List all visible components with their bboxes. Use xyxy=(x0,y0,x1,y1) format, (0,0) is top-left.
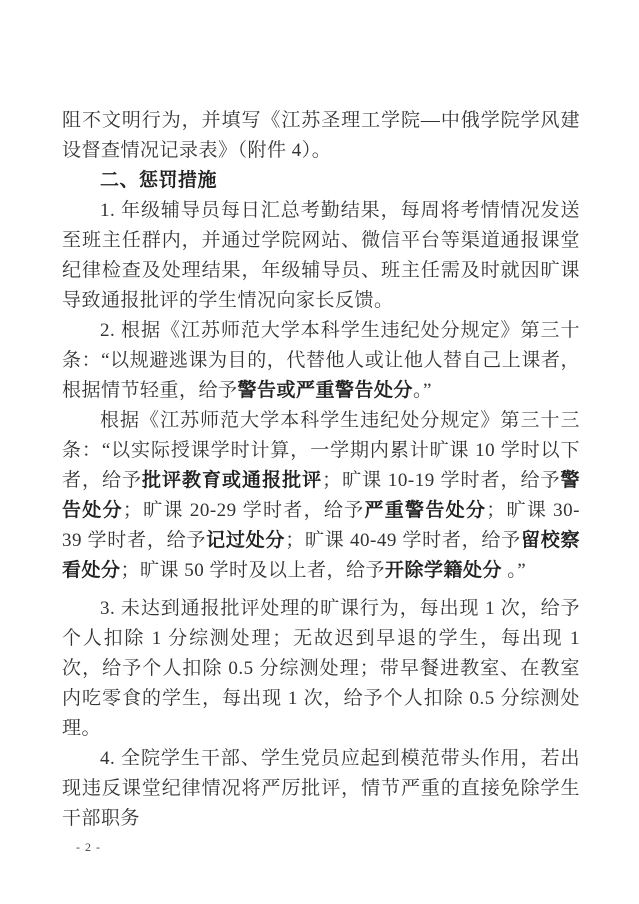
body-text: 。” xyxy=(502,560,526,581)
emphasis-text: 警告或严重警告处分 xyxy=(238,380,414,401)
body-text: ；旷课 50 学时及以上者，给予 xyxy=(121,560,386,581)
paragraph: 阻不文明行为，并填写《江苏圣理工学院—中俄学院学风建设督查情况记录表》（附件 4… xyxy=(62,106,580,166)
body-text: ；旷课 40-49 学时者，给予 xyxy=(285,530,521,551)
paragraph: 4. 全院学生干部、学生党员应起到模范带头作用，若出现违反课堂纪律情况将严厉批评… xyxy=(62,744,580,834)
document-body: 阻不文明行为，并填写《江苏圣理工学院—中俄学院学风建设督查情况记录表》（附件 4… xyxy=(62,106,580,834)
emphasis-text: 严重警告处分 xyxy=(364,500,486,521)
page-number: - 2 - xyxy=(76,840,101,855)
body-text: ；旷课 10-19 学时者，给予 xyxy=(322,470,560,491)
section-heading: 二、惩罚措施 xyxy=(62,166,580,196)
paragraph: 3. 未达到通报批评处理的旷课行为，每出现 1 次，给予个人扣除 1 分综测处理… xyxy=(62,594,580,744)
emphasis-text: 批评教育或通报批评 xyxy=(142,470,322,491)
body-text: 3. 未达到通报批评处理的旷课行为，每出现 1 次，给予个人扣除 1 分综测处理… xyxy=(62,598,580,739)
emphasis-text: 开除学籍处分 xyxy=(385,560,502,581)
body-text: ；旷课 20-29 学时者，给予 xyxy=(123,500,365,521)
paragraph: 2. 根据《江苏师范大学本科学生违纪处分规定》第三十条：“以规避逃课为目的，代替… xyxy=(62,316,580,406)
emphasis-text: 二、惩罚措施 xyxy=(100,170,217,191)
body-text: 。” xyxy=(413,380,432,401)
paragraph: 1. 年级辅导员每日汇总考勤结果，每周将考情情况发送至班主任群内，并通过学院网站… xyxy=(62,196,580,316)
document-page: 阻不文明行为，并填写《江苏圣理工学院—中俄学院学风建设督查情况记录表》（附件 4… xyxy=(0,0,639,904)
body-text: 4. 全院学生干部、学生党员应起到模范带头作用，若出现违反课堂纪律情况将严厉批评… xyxy=(62,748,580,829)
body-text: 1. 年级辅导员每日汇总考勤结果，每周将考情情况发送至班主任群内，并通过学院网站… xyxy=(62,200,580,311)
paragraph: 根据《江苏师范大学本科学生违纪处分规定》第三十三条：“以实际授课学时计算，一学期… xyxy=(62,406,580,586)
body-text: 阻不文明行为，并填写《江苏圣理工学院—中俄学院学风建设督查情况记录表》（附件 4… xyxy=(62,110,580,161)
emphasis-text: 记过处分 xyxy=(206,530,285,551)
